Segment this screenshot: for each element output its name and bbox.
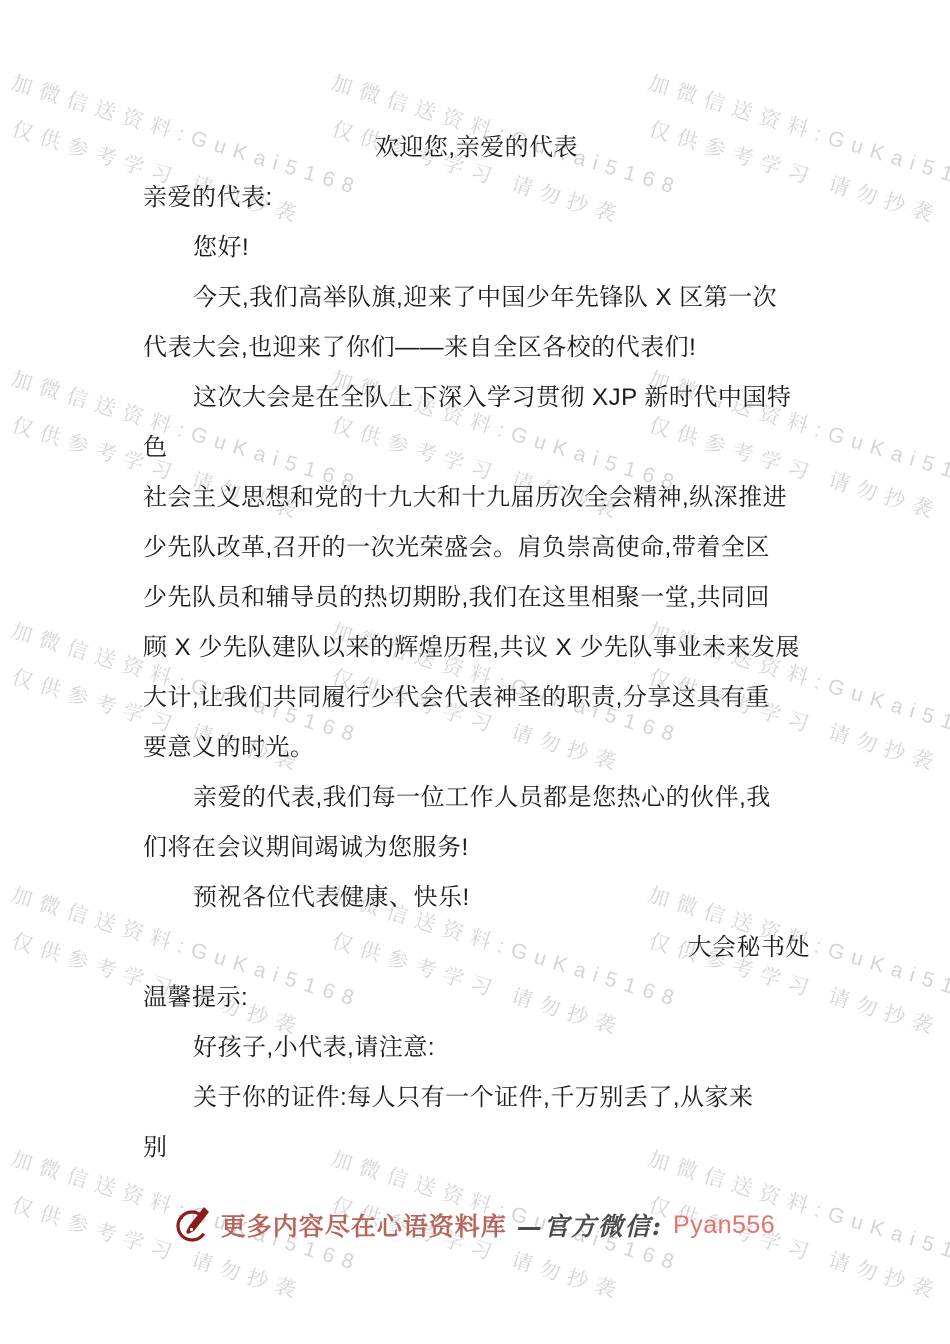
footer-dash: — [517, 1212, 544, 1241]
document-line: 少先队员和辅导员的热切期盼,我们在这里相聚一堂,共同回 [143, 573, 810, 623]
pen-logo-icon [175, 1205, 211, 1245]
document-line: 温馨提示: [143, 973, 810, 1023]
document-line: 社会主义思想和党的十九大和十九届历次全会精神,纵深推进 [143, 473, 810, 523]
document-line: 这次大会是在全队上下深入学习贯彻 XJP 新时代中国特色 [143, 373, 810, 473]
document-line: 大会秘书处 [143, 923, 810, 973]
document-line: 代表大会,也迎来了你们——来自全区各校的代表们! [143, 323, 810, 373]
document-lines: 亲爱的代表:您好!今天,我们高举队旗,迎来了中国少年先锋队 X 区第一次代表大会… [143, 173, 810, 1173]
document-line: 您好! [143, 223, 810, 273]
document-line: 亲爱的代表,我们每一位工作人员都是您热心的伙伴,我 [143, 773, 810, 823]
document-line: 今天,我们高举队旗,迎来了中国少年先锋队 X 区第一次 [143, 273, 810, 323]
footer-label: 官方微信: [544, 1212, 663, 1241]
document-line: 顾 X 少先队建队以来的辉煌历程,共议 X 少先队事业未来发展 [143, 623, 810, 673]
footer-branding: 更多内容尽在心语资料库—官方微信: Pyan556 [0, 1205, 950, 1245]
document-title: 欢迎您,亲爱的代表 [143, 123, 810, 173]
document-line: 要意义的时光。 [143, 723, 810, 773]
footer-wechat-id: Pyan556 [673, 1211, 775, 1240]
document-line: 别 [143, 1123, 810, 1173]
document-line: 大计,让我们共同履行少代会代表神圣的职责,分享这具有重 [143, 673, 810, 723]
document-line: 少先队改革,召开的一次光荣盛会。肩负崇高使命,带着全区 [143, 523, 810, 573]
document-line: 预祝各位代表健康、快乐! [143, 873, 810, 923]
document-body: 欢迎您,亲爱的代表 亲爱的代表:您好!今天,我们高举队旗,迎来了中国少年先锋队 … [143, 123, 810, 1173]
document-line: 亲爱的代表: [143, 173, 810, 223]
document-page: 加微信送资料:GuKai5168仅供参考学习 请勿抄袭加微信送资料:GuKai5… [0, 0, 950, 1344]
document-line: 关于你的证件:每人只有一个证件,千万别丢了,从家来 [143, 1073, 810, 1123]
document-line: 们将在会议期间竭诚为您服务! [143, 823, 810, 873]
document-line: 好孩子,小代表,请注意: [143, 1023, 810, 1073]
footer-main-text: 更多内容尽在心语资料库 [221, 1207, 507, 1243]
